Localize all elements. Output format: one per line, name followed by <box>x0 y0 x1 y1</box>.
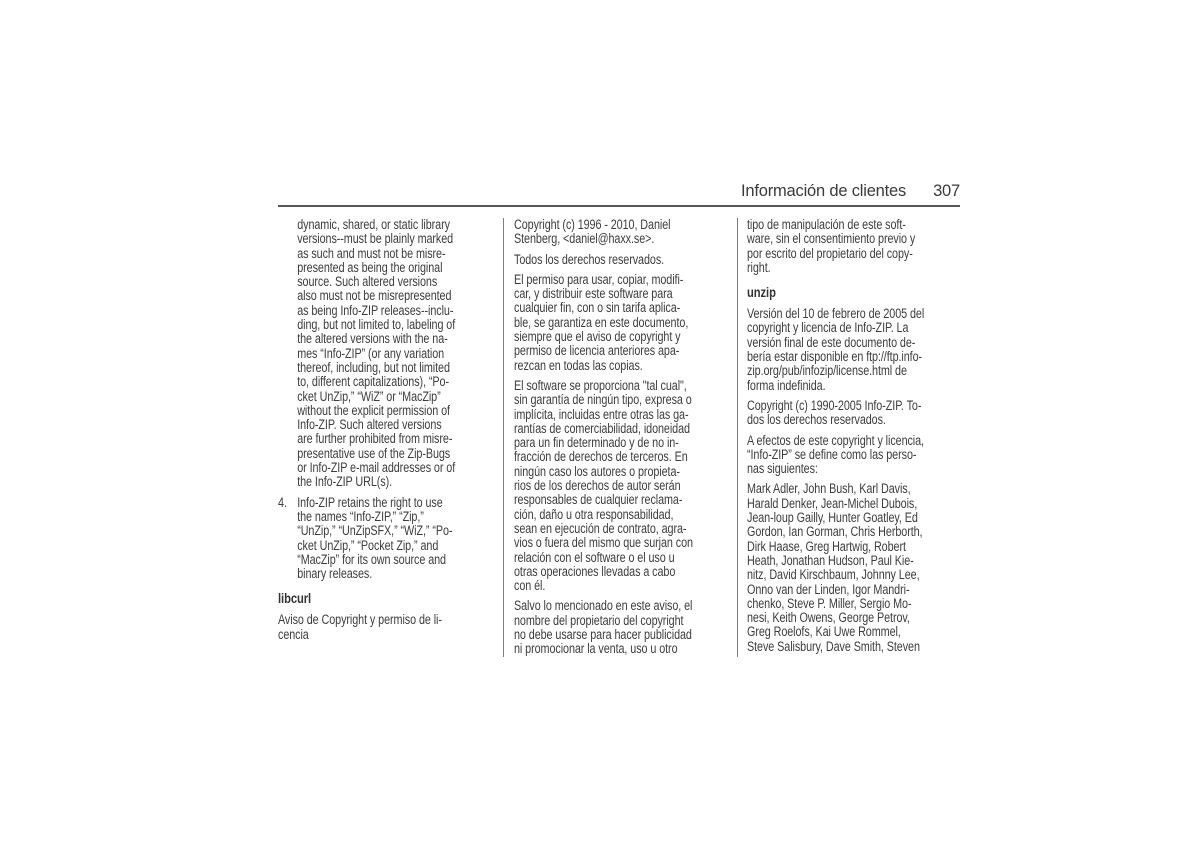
header-rule <box>278 205 960 207</box>
column-1: dynamic, shared, or static library versi… <box>278 218 503 657</box>
section-heading-unzip: unzip <box>747 285 960 300</box>
infozip-license-continuation: dynamic, shared, or static library versi… <box>278 218 491 490</box>
page-header: Información de clientes 307 <box>278 182 960 201</box>
column-2: Copyright (c) 1996 - 2010, Daniel Stenbe… <box>503 218 737 657</box>
manual-page: Información de clientes 307 dynamic, sha… <box>278 182 960 657</box>
libcurl-subtitle: Aviso de Copyright y permiso de li- cenc… <box>278 613 491 642</box>
column-1-content: dynamic, shared, or static library versi… <box>278 218 491 642</box>
list-item-4: 4. Info-ZIP retains the right to use the… <box>278 496 491 582</box>
content-columns: dynamic, shared, or static library versi… <box>278 218 960 657</box>
curl-permission-paragraph: El permiso para usar, copiar, modifi- ca… <box>514 273 731 373</box>
curl-warranty-paragraph: El software se proporciona "tal cual", s… <box>514 379 731 593</box>
column-3: tipo de manipulación de este soft- ware,… <box>737 218 960 657</box>
list-item-number: 4. <box>278 496 297 582</box>
unzip-definition-paragraph: A efectos de este copyright y licencia, … <box>747 434 960 477</box>
curl-rights-line: Todos los derechos reservados. <box>514 253 731 267</box>
section-heading-libcurl: libcurl <box>278 591 491 606</box>
curl-copyright-line: Copyright (c) 1996 - 2010, Daniel Stenbe… <box>514 218 731 247</box>
unzip-copyright-line: Copyright (c) 1990-2005 Info-ZIP. To- do… <box>747 399 960 428</box>
curl-name-use-paragraph: Salvo lo mencionado en este aviso, el no… <box>514 599 731 656</box>
column-2-content: Copyright (c) 1996 - 2010, Daniel Stenbe… <box>514 218 731 657</box>
unzip-contributors-list: Mark Adler, John Bush, Karl Davis, Haral… <box>747 482 960 654</box>
column-3-content: tipo de manipulación de este soft- ware,… <box>747 218 960 654</box>
page-number: 307 <box>933 182 960 201</box>
list-item-text: Info-ZIP retains the right to use the na… <box>297 496 452 582</box>
unzip-version-paragraph: Versión del 10 de febrero de 2005 del co… <box>747 307 960 393</box>
curl-name-use-continuation: tipo de manipulación de este soft- ware,… <box>747 218 960 275</box>
page-header-title: Información de clientes <box>741 182 906 201</box>
